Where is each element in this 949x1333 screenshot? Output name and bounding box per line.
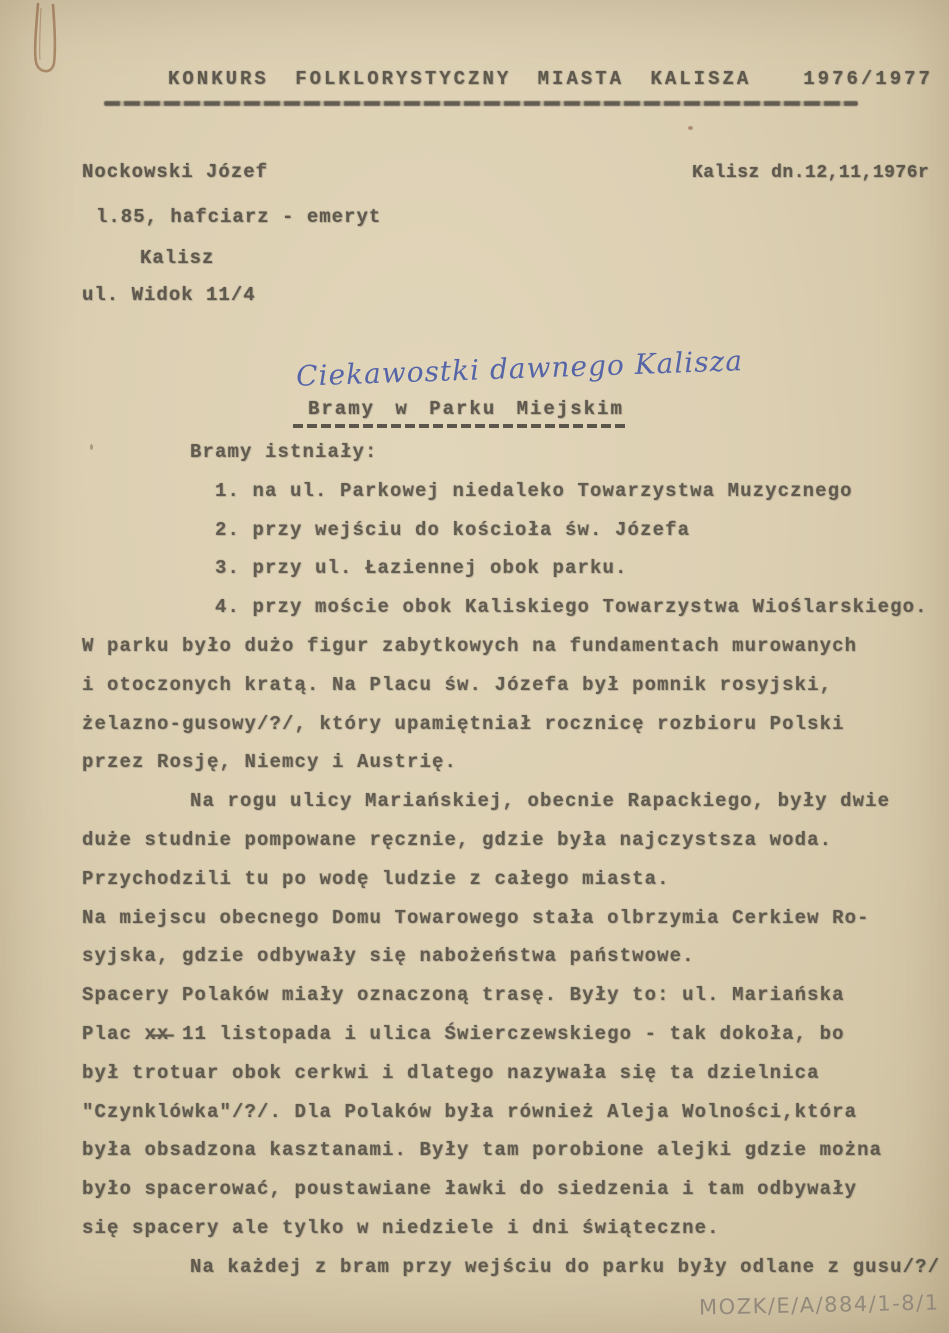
document-header: KONKURS FOLKLORYSTYCZNY MIASTA KALISZA 1…	[168, 68, 933, 90]
body-line: było spacerować, poustawiane ławki do si…	[82, 1170, 942, 1209]
body-line: i otoczonych kratą. Na Placu św. Józefa …	[82, 666, 942, 705]
body-line: przez Rosję, Niemcy i Austrię.	[82, 743, 942, 782]
dateline: Kalisz dn.12,11,1976r	[692, 163, 929, 183]
paperclip-rust-mark	[20, 0, 80, 90]
header-underline	[104, 101, 858, 106]
body-line: Przychodzili tu po wodę ludzie z całego …	[82, 860, 942, 899]
body-line: 4. przy moście obok Kaliskiego Towarzyst…	[82, 588, 942, 627]
body-line: żelazno-gusowy/?/, który upamiętniał roc…	[82, 705, 942, 744]
header-title: KONKURS FOLKLORYSTYCZNY MIASTA KALISZA	[168, 68, 751, 90]
body-line: 3. przy ul. Łaziennej obok parku.	[82, 549, 942, 588]
inventory-number: MOZK/E/A/884/1-8/1	[699, 1290, 940, 1319]
body-line: syjska, gdzie odbywały się nabożeństwa p…	[82, 937, 942, 976]
author-city: Kalisz	[140, 247, 214, 269]
body-line: Spacery Polaków miały oznaczoną trasę. B…	[82, 976, 942, 1015]
body-line: Na każdej z bram przy wejściu do parku b…	[82, 1248, 942, 1287]
body-line: się spacery ale tylko w niedziele i dni …	[82, 1209, 942, 1248]
handwritten-annotation: Ciekawostki dawnego Kalisza	[296, 344, 744, 393]
body-line: Bramy istniały:	[82, 433, 942, 472]
section-title-underline	[293, 424, 629, 428]
header-years: 1976/1977	[803, 68, 933, 90]
body-line: Na miejscu obecnego Domu Towarowego stał…	[82, 899, 942, 938]
author-street: ul. Widok 11/4	[82, 284, 256, 306]
body-line: był trotuar obok cerkwi i dlatego nazywa…	[82, 1054, 942, 1093]
body-line: W parku było dużo figur zabytkowych na f…	[82, 627, 942, 666]
paper-speck	[688, 126, 693, 130]
section-title: Bramy w Parku Miejskim	[308, 398, 624, 420]
body-line: Plac x̶x̶ 11 listopada i ulica Świerczew…	[82, 1015, 942, 1054]
author-name: Nockowski Józef	[82, 161, 268, 183]
body-line: duże studnie pompowane ręcznie, gdzie by…	[82, 821, 942, 860]
author-details: l.85, hafciarz - emeryt	[96, 206, 381, 228]
body-line: 2. przy wejściu do kościoła św. Józefa	[82, 511, 942, 550]
scanned-document-page: KONKURS FOLKLORYSTYCZNY MIASTA KALISZA 1…	[0, 0, 949, 1333]
body-line: była obsadzona kasztanami. Były tam poro…	[82, 1131, 942, 1170]
body-line: "Czynklówka"/?/. Dla Polaków była równie…	[82, 1093, 942, 1132]
body-line: Na rogu ulicy Mariańskiej, obecnie Rapac…	[82, 782, 942, 821]
body-line: 1. na ul. Parkowej niedaleko Towarzystwa…	[82, 472, 942, 511]
document-body: Bramy istniały: 1. na ul. Parkowej nieda…	[82, 433, 942, 1287]
